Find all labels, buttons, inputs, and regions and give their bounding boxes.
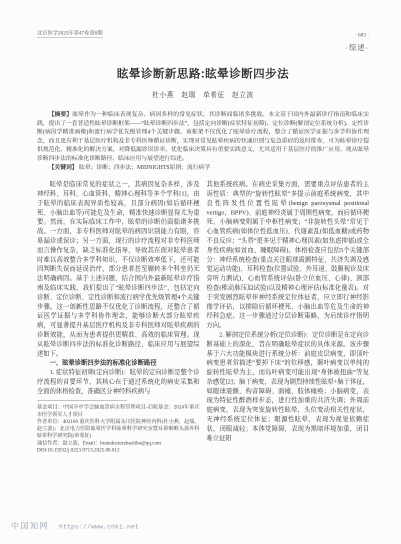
intro-paragraph: 眩晕是临床常见的症状之一，其病因复杂多样，涉及神经科、耳科、心血管科、精神心理科… <box>37 180 200 359</box>
keywords-label: 【关键词】 <box>49 164 78 171</box>
body-columns: 眩晕是临床常见的症状之一，其病因复杂多样，涉及神经科、耳科、心血管科、精神心理科… <box>37 180 369 454</box>
authors-line: 杜小燕 赵瑞 单希征 赵立波 <box>37 89 369 99</box>
page-number: · 683 · <box>355 33 369 39</box>
article-title: 眩晕诊断新思路:眩晕诊断四步法 <box>37 65 369 82</box>
keywords-text: 眩晕；诊断；四步法；MIDNIGHTS原则；流行病学 <box>79 164 210 171</box>
step1-paragraph: 1. 症状特征初筛(定向诊断)：眩晕的定向诊断是整个诊疗流程的首要环节，其核心在… <box>37 368 200 396</box>
footnote-correspondence: 通信作者：赵立波，Email：braindoctorzhaolibo@qq.co… <box>37 440 200 447</box>
cnki-url: https://www.cnki.net <box>59 524 139 531</box>
running-head: 北京医学2025年第47卷第8期 · 683 · <box>37 29 369 38</box>
cnki-brand: 中国知网 <box>11 520 49 532</box>
continuation-paragraph: 其他系统疾病。在病史采集方面，需要重点评估患者的主诉性质：典型的“旋转性眩晕”多… <box>207 180 370 330</box>
abstract-label: 【摘要】 <box>49 111 73 118</box>
section-heading: 一、眩晕诊断四步法的标准化诊断路径 <box>37 358 200 367</box>
keywords-paragraph: 【关键词】 眩晕；诊断；四步法；MIDNIGHTS原则；流行病学 <box>37 163 369 172</box>
abstract-text: 眩晕作为一种临床表现复杂、病因多样的常见症状，其诊断面临诸多挑战。本文基于国内外… <box>37 111 369 161</box>
journal-page: 北京医学2025年第47卷第8期 · 683 · ·综述· 眩晕诊断新思路:眩晕… <box>0 0 401 544</box>
cnki-footer: 中国知网 https://www.cnki.net <box>11 520 139 532</box>
section-tag: ·综述· <box>346 44 369 52</box>
step2-paragraph: 2. 解剖定位系统分析(定位诊断)：定位诊断是在定向诊断基础上的深化，旨在明确眩… <box>207 330 370 443</box>
footnote-doi: DOI:10.15932/j.0253-9713.2025.08.012 <box>37 447 200 454</box>
footnote-affiliation: 作者单位：402160 重庆医科大学附属永川医院神经内科(杜小燕、赵瑞、赵立波)… <box>37 418 200 439</box>
abstract-block: 【摘要】眩晕作为一种临床表现复杂、病因多样的常见症状，其诊断面临诸多挑战。本文基… <box>37 110 369 172</box>
body-right-column: 其他系统疾病。在病史采集方面，需要重点评估患者的主诉性质：典型的“旋转性眩晕”多… <box>207 180 370 454</box>
body-left-column: 眩晕是临床常见的症状之一，其病因复杂多样，涉及神经科、耳科、心血管科、精神心理科… <box>37 180 200 454</box>
footnote-block: 基金项目：中国卒中学会脑血管病全程管理项目-启航基金；2024年重庆市医学领军人… <box>37 401 200 454</box>
footnote-fund: 基金项目：中国卒中学会脑血管病全程管理项目-启航基金；2024年重庆市医学领军人… <box>37 404 200 418</box>
footnote-divider <box>37 401 127 402</box>
abstract-paragraph: 【摘要】眩晕作为一种临床表现复杂、病因多样的常见症状，其诊断面临诸多挑战。本文基… <box>37 110 369 163</box>
journal-info: 北京医学2025年第47卷第8期 <box>37 29 103 38</box>
